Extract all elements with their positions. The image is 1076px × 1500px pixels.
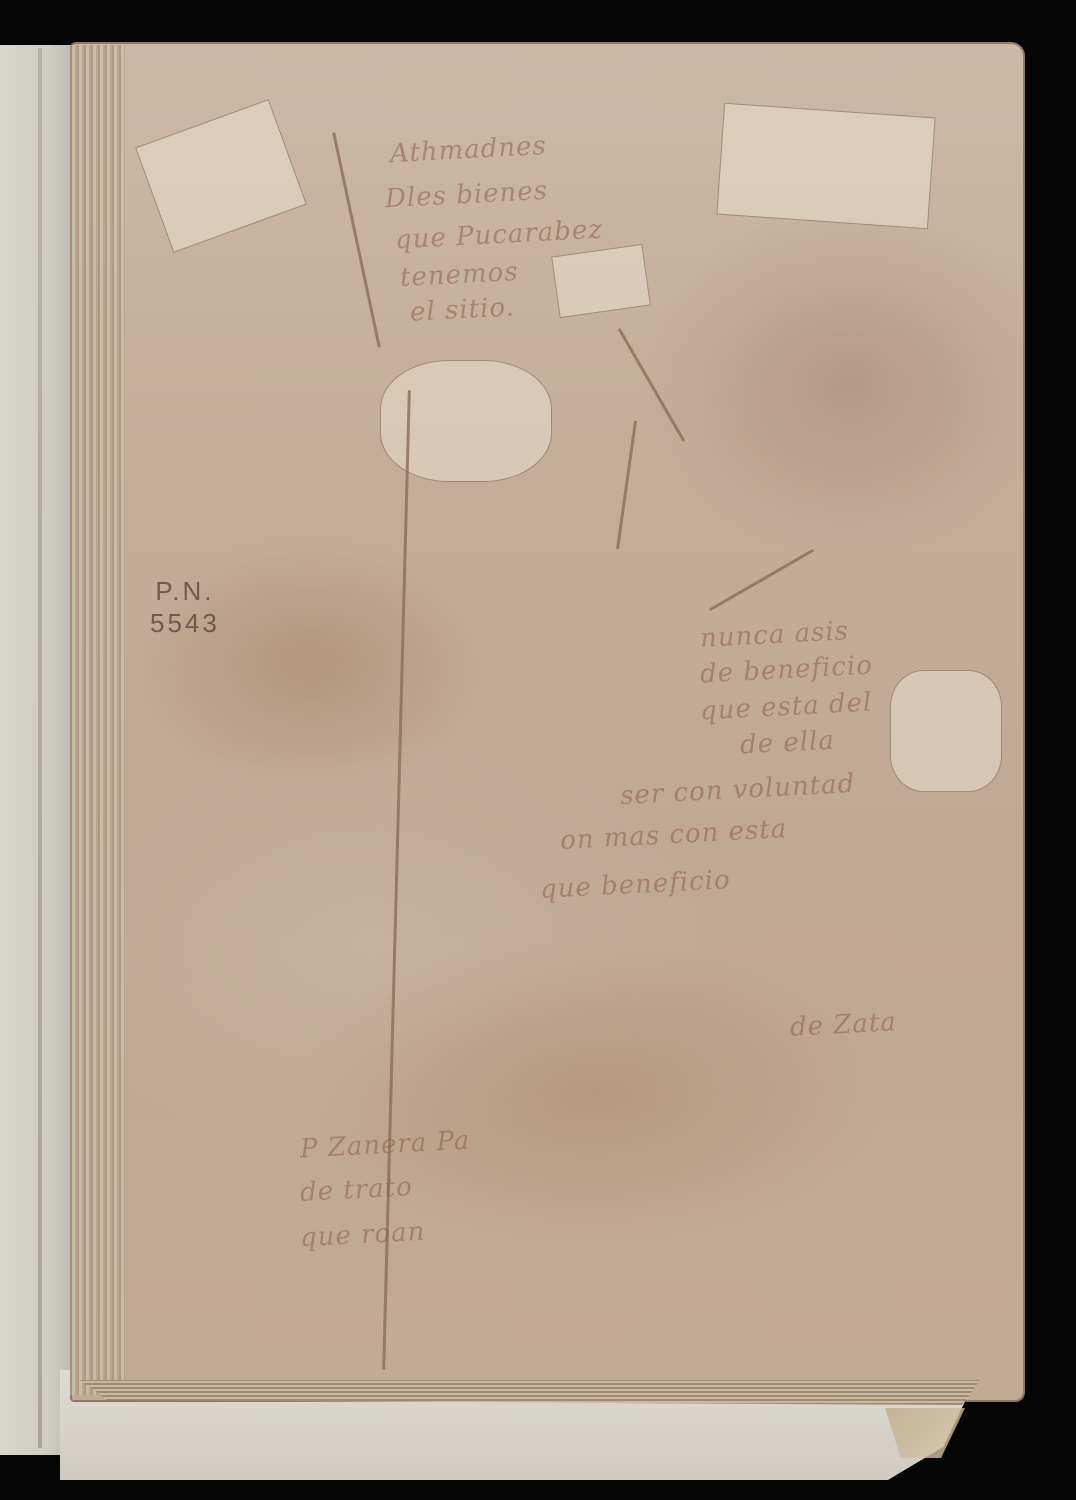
handwriting-line: tenemos [399, 257, 519, 293]
catalog-label-prefix: P.N. [150, 575, 220, 607]
handwriting-line: de ella [739, 726, 835, 761]
handwriting-line: de Zata [789, 1007, 897, 1043]
catalog-label: P.N. 5543 [150, 575, 220, 639]
catalog-label-number: 5543 [150, 607, 220, 639]
handwriting-line: de trato [299, 1172, 413, 1208]
paper-tear [551, 244, 651, 318]
handwriting-line: el sitio. [409, 292, 515, 327]
paper-tear [716, 103, 935, 230]
page-edges-left [70, 45, 125, 1395]
backing-fold [38, 48, 42, 1448]
paper-tear [890, 670, 1002, 792]
